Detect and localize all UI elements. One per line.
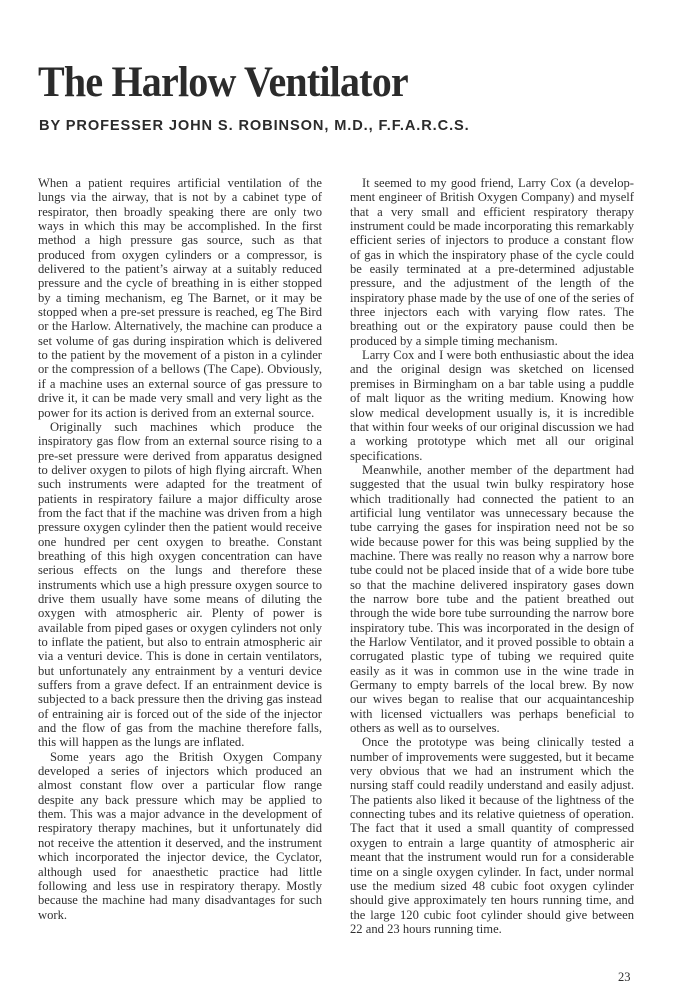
- author-byline: BY PROFESSER JOHN S. ROBINSON, M.D., F.F…: [39, 117, 470, 135]
- page-number: 23: [618, 970, 631, 985]
- text-column-right: It seemed to my good friend, Larry Cox (…: [350, 176, 634, 936]
- text-column-left: When a patient requires artificial venti…: [38, 176, 322, 922]
- paragraph: Some years ago the British Oxygen Compan…: [38, 750, 322, 922]
- paragraph: Originally such machines which produce t…: [38, 420, 322, 750]
- paragraph: Meanwhile, another member of the departm…: [350, 463, 634, 736]
- paragraph: Once the prototype was being clinically …: [350, 735, 634, 936]
- paragraph: When a patient requires artificial venti…: [38, 176, 322, 420]
- article-title: The Harlow Ventilator: [38, 58, 408, 106]
- paragraph: It seemed to my good friend, Larry Cox (…: [350, 176, 634, 348]
- paragraph: Larry Cox and I were both enthusiastic a…: [350, 348, 634, 463]
